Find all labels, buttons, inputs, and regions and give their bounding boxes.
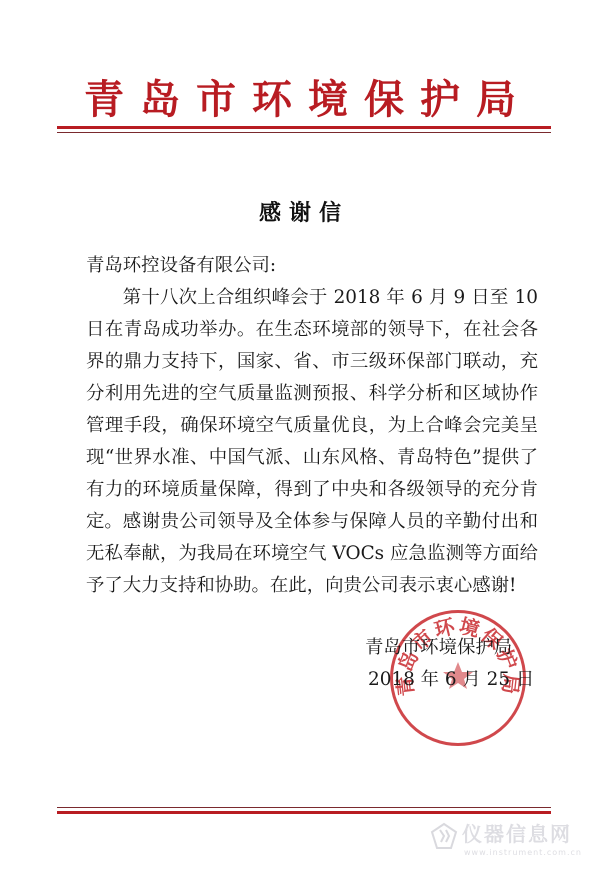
footer-rule-thin	[57, 807, 551, 808]
watermark-subtext: www.instrument.com.cn	[464, 848, 600, 857]
paragraph-1: 第十八次上合组织峰会于 2018 年 6 月 9 日至 10 日在青岛成功举办。…	[86, 282, 538, 538]
document-title: 感谢信	[0, 196, 600, 227]
letterhead-rule-thick	[57, 126, 551, 129]
watermark-text: 仪器信息网	[462, 822, 572, 846]
watermark: 仪器信息网 www.instrument.com.cn	[430, 818, 600, 858]
paragraph-2-text: 感谢贵公司领导及全体参与保障人员的辛勤付出和无私奉献，为我局在环境空气 VOCs…	[86, 506, 538, 602]
footer-rule-thick	[57, 811, 551, 814]
paragraph-1-text: 第十八次上合组织峰会于 2018 年 6 月 9 日至 10 日在青岛成功举办。…	[86, 282, 538, 538]
watermark-logo-icon	[430, 822, 458, 850]
date: 2018 年 6 月 25 日	[368, 664, 534, 696]
letterhead-rule-thin	[57, 132, 551, 133]
salutation: 青岛环控设备有限公司:	[86, 250, 538, 282]
letterhead-title: 青岛市环境保护局	[0, 74, 600, 126]
paragraph-2: 感谢贵公司领导及全体参与保障人员的辛勤付出和无私奉献，为我局在环境空气 VOCs…	[86, 506, 538, 602]
signature: 青岛市环境保护局	[365, 632, 512, 664]
